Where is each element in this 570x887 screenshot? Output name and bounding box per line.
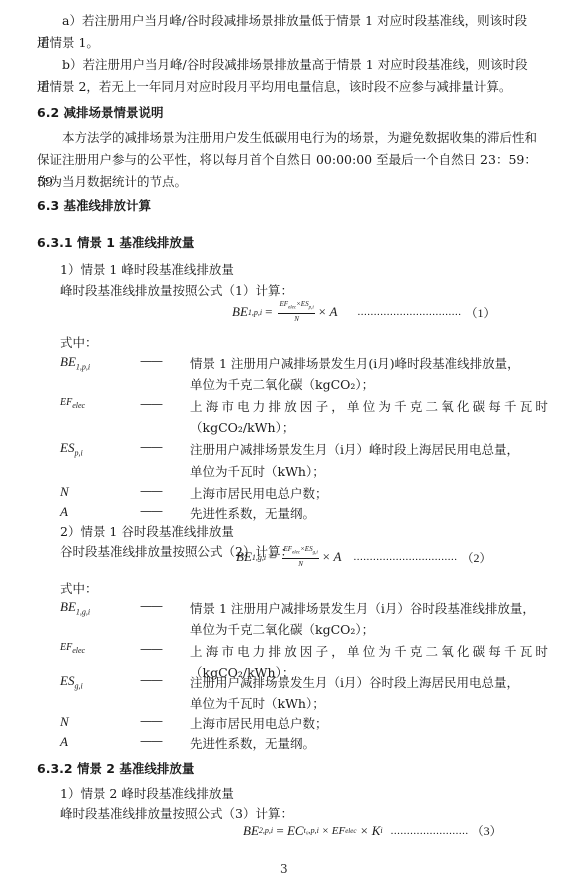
formula-2-lhs: BE (236, 549, 252, 565)
num-es: ×ES (296, 300, 309, 308)
subsection-1-intro: 峰时段基准线排放量按照公式（1）计算： (60, 281, 293, 299)
def1-symbol-ef: EFelec (60, 397, 85, 410)
formula-1-fraction: EFelec×ESp,i N (278, 300, 314, 324)
subsection-1-title: 1）情景 1 峰时段基准线排放量 (60, 260, 234, 278)
sym-text: BE (60, 354, 76, 369)
def-dash: —— (140, 673, 162, 687)
paragraph-b-line2: 用情景 2，若无上一年同月对应时段月平均用电量信息，该时段不应参与减排量计算。 (37, 79, 511, 94)
formula-3-ef: × EF (319, 825, 345, 837)
where-label-1: 式中： (60, 333, 98, 351)
formula-3-k: × K (356, 823, 380, 839)
leader-dots: ........................ (391, 825, 469, 837)
page-number: 3 (280, 862, 288, 876)
sym-text: ES (60, 673, 74, 688)
def-dash: —— (140, 397, 162, 411)
def2-symbol-es: ESg,i (60, 673, 83, 691)
def2-symbol-be: BE1,g,i (60, 599, 90, 617)
sym-text: EF (60, 642, 72, 653)
where-label-2: 式中： (60, 579, 98, 597)
sym-sub: g,i (74, 682, 82, 691)
fraction-denominator: N (298, 559, 303, 569)
def1-symbol-n: N (60, 484, 69, 500)
equation-number-1: （1） (465, 304, 495, 321)
def2-desc-es-1: 注册用户减排场景发生月（i月）谷时段上海居民用电总量， (190, 673, 519, 691)
def2-desc-a: 先进性系数，无量纲。 (190, 734, 315, 752)
formula-3-ef-sub: elec (345, 827, 356, 835)
def-dash: —— (140, 734, 162, 748)
def-dash: —— (140, 440, 162, 454)
equals-sign: = (265, 304, 272, 320)
def1-desc-es-2: 单位为千瓦时（kWh）； (190, 462, 325, 480)
num-ef: EF (283, 545, 292, 553)
section-heading-6-3-2: 6.3.2 情景 2 基准线排放量 (37, 759, 194, 777)
num-es: ×ES (300, 545, 313, 553)
def1-desc-be-2: 单位为千克二氧化碳（kgCO₂）； (190, 375, 374, 393)
sym-text: ES (60, 440, 74, 455)
sym-sub: elec (72, 646, 85, 655)
def1-desc-ef-1: 上海市电力排放因子，单位为千克二氧化碳每千瓦时 (190, 397, 551, 415)
formula-2-lhs-sub: 1,g,i (252, 553, 266, 562)
formula-1-lhs: BE (232, 304, 248, 320)
def2-desc-es-2: 单位为千瓦时（kWh）； (190, 694, 325, 712)
formula-1: BE1,p,i = EFelec×ESp,i N × A ...........… (232, 300, 495, 324)
num-sub-elec: elec (292, 550, 300, 555)
def-dash: —— (140, 504, 162, 518)
def-dash: —— (140, 354, 162, 368)
leader-dots: ................................ (353, 551, 457, 563)
formula-3-lhs: BE (243, 823, 259, 839)
def2-symbol-a: A (60, 734, 68, 750)
formula-1-lhs-sub: 1,p,i (248, 308, 262, 317)
sym-sub: 1,g,i (76, 608, 90, 617)
section-6-2-line1: 本方法学的减排场景为注册用户发生低碳用电行为的场景，为避免数据收集的滞后性和 (37, 127, 537, 149)
def-dash: —— (140, 642, 162, 656)
def2-symbol-ef: EFelec (60, 642, 85, 655)
leader-dots: ................................ (357, 306, 461, 318)
formula-3-ec-sub: t₀,p,i (304, 826, 319, 835)
def2-desc-be-1: 情景 1 注册用户减排场景发生月（i月）谷时段基准线排放量， (190, 599, 535, 617)
def2-symbol-n: N (60, 714, 69, 730)
def-dash: —— (140, 484, 162, 498)
section-heading-6-3-1: 6.3.1 情景 1 基准线排放量 (37, 233, 194, 251)
def1-symbol-es: ESp,i (60, 440, 83, 458)
sym-text: BE (60, 599, 76, 614)
def2-desc-ef-1: 上海市电力排放因子，单位为千克二氧化碳每千瓦时 (190, 642, 551, 660)
def-dash: —— (140, 714, 162, 728)
num-sub-gi: g,i (313, 550, 318, 555)
formula-3-ec: EC (287, 823, 304, 839)
section-heading-6-3: 6.3 基准线排放计算 (37, 196, 151, 214)
num-sub-pi: p,i (309, 305, 314, 310)
equation-number-3: （3） (472, 822, 502, 839)
sym-text: EF (60, 397, 72, 408)
def1-symbol-be: BE1,p,i (60, 354, 90, 372)
fraction-denominator: N (294, 314, 299, 324)
def1-desc-a: 先进性系数，无量纲。 (190, 504, 315, 522)
equals-sign: = (269, 549, 276, 565)
formula-3-k-sub: i (380, 826, 382, 835)
equation-number-2: （2） (461, 549, 491, 566)
formula-2-tail: × A (322, 549, 342, 565)
def1-symbol-a: A (60, 504, 68, 520)
def1-desc-ef-2: （kgCO₂/kWh）； (190, 418, 294, 436)
paragraph-b-cont: 用情景 2，若无上一年同月对应时段月平均用电量信息，该时段不应参与减排量计算。 (37, 76, 537, 98)
equals-sign: = (273, 823, 287, 839)
num-sub-elec: elec (288, 305, 296, 310)
sym-sub: elec (72, 401, 85, 410)
section-6-3-2-sub1-title: 1）情景 2 峰时段基准线排放量 (60, 784, 234, 802)
sym-sub: p,i (74, 449, 82, 458)
def1-desc-n: 上海市居民用电总户数； (190, 484, 328, 502)
def1-desc-es-1: 注册用户减排场景发生月（i月）峰时段上海居民用电总量， (190, 440, 519, 458)
def1-desc-be-1: 情景 1 注册用户减排场景发生月(i月)峰时段基准线排放量， (190, 354, 520, 372)
section-heading-6-2: 6.2 减排场景情景说明 (37, 103, 164, 121)
fraction-numerator: EFelec×ESg,i (282, 545, 318, 559)
def2-desc-be-2: 单位为千克二氧化碳（kgCO₂）； (190, 620, 374, 638)
formula-1-tail: × A (318, 304, 338, 320)
formula-2-fraction: EFelec×ESg,i N (282, 545, 318, 569)
sym-sub: 1,p,i (76, 363, 90, 372)
paragraph-a-line2: 用情景 1。 (37, 35, 99, 50)
formula-2: BE1,g,i = EFelec×ESg,i N × A ...........… (236, 545, 491, 569)
formula-3: BE2,p,i = ECt₀,p,i × EFelec × Ki .......… (243, 822, 502, 839)
num-ef: EF (279, 300, 288, 308)
section-6-2-line3: 作为当月数据统计的节点。 (37, 171, 537, 193)
formula-3-lhs-sub: 2,p,i (259, 826, 273, 835)
def-dash: —— (140, 599, 162, 613)
fraction-numerator: EFelec×ESp,i (278, 300, 314, 314)
def2-desc-n: 上海市居民用电总户数； (190, 714, 328, 732)
paragraph-a-cont: 用情景 1。 (37, 32, 537, 54)
subsection-2-title: 2）情景 1 谷时段基准线排放量 (60, 522, 234, 540)
section-6-3-2-sub1-intro: 峰时段基准线排放量按照公式（3）计算： (60, 804, 293, 822)
